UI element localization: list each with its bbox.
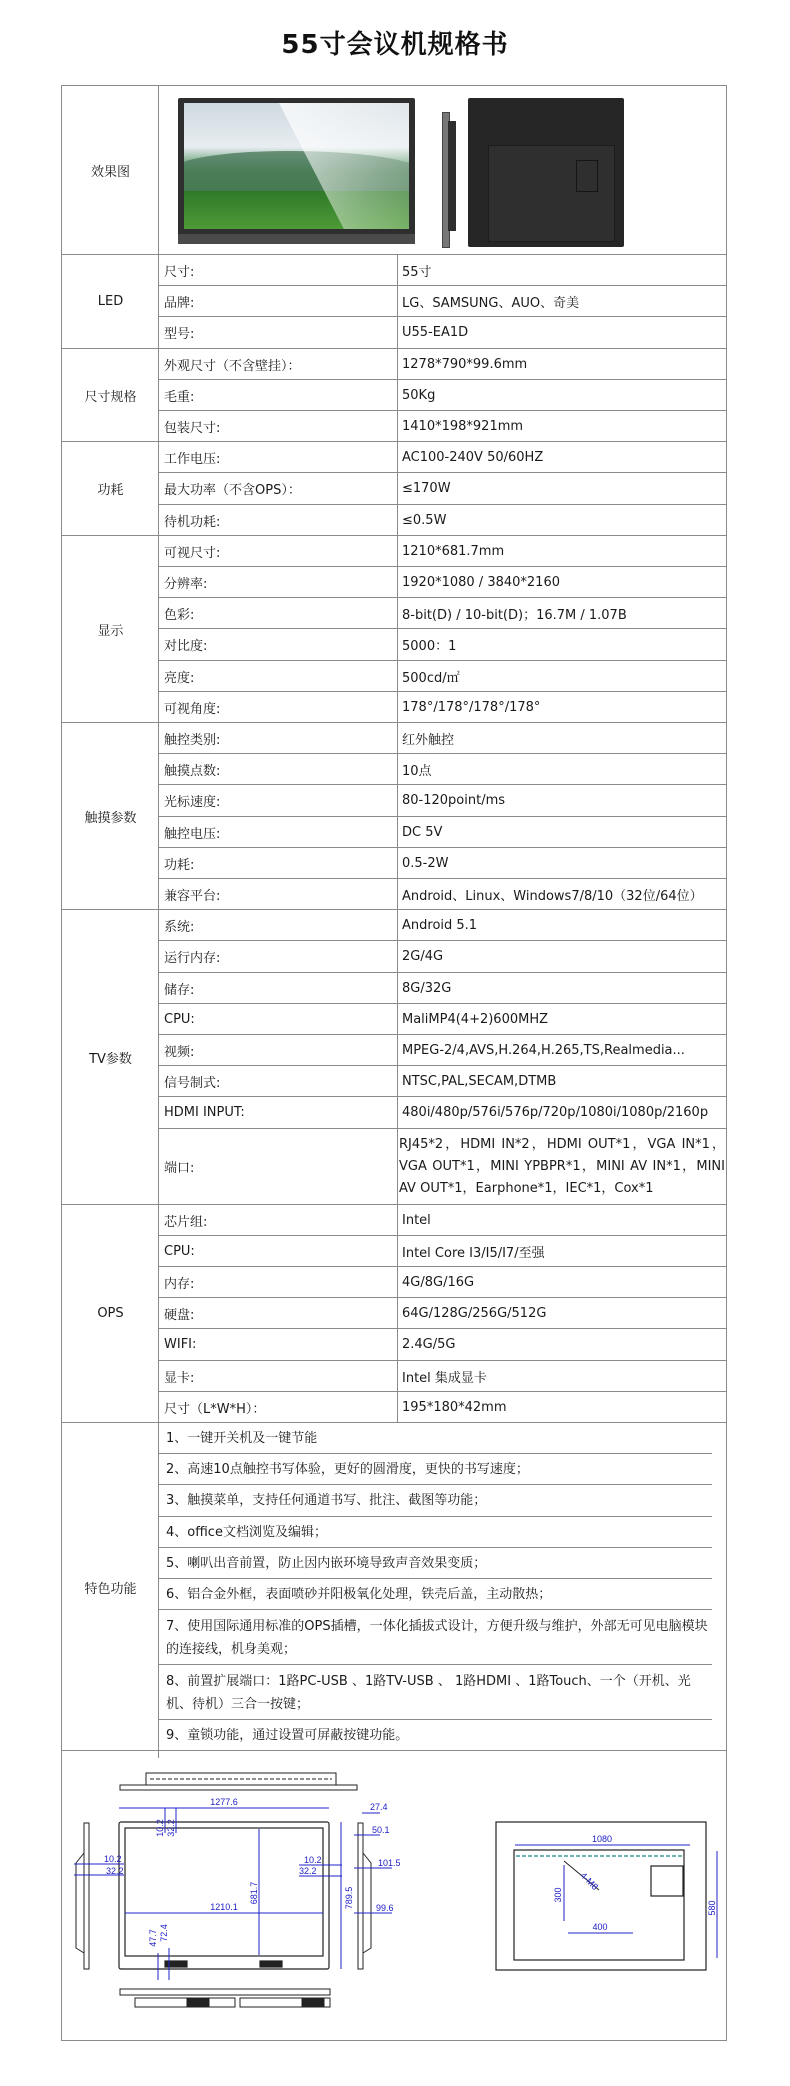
svg-text:32.2: 32.2 — [299, 1866, 317, 1876]
spec-key: WIFI: — [162, 1329, 398, 1360]
spec-value: 8-bit(D) / 10-bit(D)；16.7M / 1.07B — [400, 598, 728, 629]
spec-key: 运行内存: — [162, 941, 398, 972]
spec-value: 55寸 — [400, 255, 728, 286]
feature-item: 5、喇叭出音前置，防止因内嵌环境导致声音效果变质； — [166, 1548, 712, 1579]
svg-text:789.5: 789.5 — [344, 1887, 354, 1910]
spec-key: 尺寸: — [162, 255, 398, 286]
spec-key: 端口: — [162, 1129, 398, 1205]
svg-text:400: 400 — [592, 1922, 607, 1932]
spec-value: 500cd/㎡ — [400, 661, 728, 692]
group-divider — [62, 1750, 726, 1751]
back-view-image — [468, 98, 624, 247]
svg-text:47.7: 47.7 — [148, 1929, 158, 1947]
spec-value: NTSC,PAL,SECAM,DTMB — [400, 1066, 728, 1097]
spec-value: ≤170W — [400, 473, 728, 504]
spec-value: 5000：1 — [400, 629, 728, 660]
spec-key: 最大功率（不含OPS）： — [162, 473, 398, 504]
spec-key: 待机功耗: — [162, 505, 398, 536]
spec-key: 包装尺寸: — [162, 411, 398, 442]
spec-value: LG、SAMSUNG、AUO、奇美 — [400, 286, 728, 317]
svg-text:1080: 1080 — [592, 1834, 612, 1844]
group-label: 功耗 — [62, 442, 159, 536]
spec-key: 毛重: — [162, 380, 398, 411]
spec-value: 1278*790*99.6mm — [400, 349, 728, 380]
svg-text:27.4: 27.4 — [370, 1802, 388, 1812]
product-images — [159, 86, 726, 255]
spec-key: 系统: — [162, 910, 398, 941]
spec-value: U55-EA1D — [400, 317, 728, 348]
spec-key: 品牌: — [162, 286, 398, 317]
spec-key: 兼容平台: — [162, 879, 398, 910]
svg-text:10.2: 10.2 — [104, 1854, 122, 1864]
group-label: OPS — [62, 1205, 159, 1423]
spec-key: 外观尺寸（不含壁挂）： — [162, 349, 398, 380]
spec-key: 工作电压: — [162, 442, 398, 473]
spec-value: 2.4G/5G — [400, 1329, 728, 1360]
group-label: LED — [62, 255, 159, 349]
spec-value: 480i/480p/576i/576p/720p/1080i/1080p/216… — [400, 1097, 728, 1128]
svg-text:1210.1: 1210.1 — [210, 1902, 238, 1912]
spec-value: DC 5V — [400, 817, 728, 848]
spec-value: 10点 — [400, 754, 728, 785]
spec-key: 内存: — [162, 1267, 398, 1298]
spec-value: 1410*198*921mm — [400, 411, 728, 442]
spec-value: 1210*681.7mm — [400, 536, 728, 567]
feature-item: 1、一键开关机及一键节能 — [166, 1423, 712, 1454]
spec-value: Intel — [400, 1205, 728, 1236]
svg-text:580: 580 — [707, 1900, 717, 1915]
spec-key: 储存: — [162, 973, 398, 1004]
svg-text:1277.6: 1277.6 — [210, 1797, 238, 1807]
front-view-image — [178, 98, 415, 244]
spec-value: 80-120point/ms — [400, 785, 728, 816]
spec-value: MPEG-2/4,AVS,H.264,H.265,TS,Realmedia... — [400, 1035, 728, 1066]
group-label-effect: 效果图 — [62, 86, 159, 255]
svg-text:72.4: 72.4 — [159, 1924, 169, 1942]
spec-key: 硬盘: — [162, 1298, 398, 1329]
spec-value: Intel Core I3/I5/I7/至强 — [400, 1236, 728, 1267]
svg-text:50.1: 50.1 — [372, 1825, 390, 1835]
feature-item: 7、使用国际通用标准的OPS插槽，一体化插拔式设计，方便升级与维护，外部无可见电… — [166, 1610, 712, 1665]
spec-key: 光标速度: — [162, 785, 398, 816]
spec-key: 触摸点数: — [162, 754, 398, 785]
spec-value: Intel 集成显卡 — [400, 1361, 728, 1392]
top-view-outline — [120, 1773, 357, 1790]
spec-value: Android、Linux、Windows7/8/10（32位/64位） — [400, 879, 728, 910]
spec-value: 8G/32G — [400, 973, 728, 1004]
svg-text:10.2: 10.2 — [155, 1819, 165, 1837]
feature-item: 4、office文档浏览及编辑； — [166, 1517, 712, 1548]
spec-key: 亮度: — [162, 661, 398, 692]
group-label: 触摸参数 — [62, 723, 159, 910]
feature-item: 2、高速10点触控书写体验，更好的圆滑度，更快的书写速度； — [166, 1454, 712, 1485]
feature-item: 3、触摸菜单，支持任何通道书写、批注、截图等功能； — [166, 1485, 712, 1516]
svg-text:101.5: 101.5 — [378, 1858, 401, 1868]
spec-key: 分辨率: — [162, 567, 398, 598]
spec-value: AC100-240V 50/60HZ — [400, 442, 728, 473]
svg-text:32.2: 32.2 — [166, 1819, 176, 1837]
spec-value: 64G/128G/256G/512G — [400, 1298, 728, 1329]
spec-value: 0.5-2W — [400, 848, 728, 879]
spec-value: 195*180*42mm — [400, 1392, 728, 1423]
feature-item: 8、前置扩展端口：1路PC-USB 、1路TV-USB 、 1路HDMI 、1路… — [166, 1665, 712, 1720]
spec-value: 1920*1080 / 3840*2160 — [400, 567, 728, 598]
group-label: 显示 — [62, 536, 159, 723]
spec-key: 信号制式: — [162, 1066, 398, 1097]
svg-text:681.7: 681.7 — [249, 1882, 259, 1905]
group-label: TV参数 — [62, 910, 159, 1204]
group-label: 尺寸规格 — [62, 349, 159, 443]
spec-value: MaliMP4(4+2)600MHZ — [400, 1004, 728, 1035]
spec-key: 触控电压: — [162, 817, 398, 848]
svg-text:99.6: 99.6 — [376, 1903, 394, 1913]
feature-item: 9、童锁功能，通过设置可屏蔽按键功能。 — [166, 1720, 712, 1751]
spec-value: 4G/8G/16G — [400, 1267, 728, 1298]
spec-key: 型号: — [162, 317, 398, 348]
spec-value: RJ45*2，HDMI IN*2，HDMI OUT*1，VGA IN*1，VGA… — [399, 1129, 725, 1205]
spec-value: 178°/178°/178°/178° — [400, 692, 728, 723]
column-divider — [397, 255, 398, 1423]
spec-value: 红外触控 — [400, 723, 728, 754]
spec-key: CPU: — [162, 1236, 398, 1267]
group-label-features: 特色功能 — [62, 1423, 159, 1751]
spec-value: 50Kg — [400, 380, 728, 411]
spec-key: 色彩: — [162, 598, 398, 629]
spec-key: 芯片组: — [162, 1205, 398, 1236]
spec-value: ≤0.5W — [400, 505, 728, 536]
feature-item: 6、铝合金外框，表面喷砂并阳极氧化处理，铁壳后盖，主动散热； — [166, 1579, 712, 1610]
spec-key: 功耗: — [162, 848, 398, 879]
spec-key: 对比度: — [162, 629, 398, 660]
spec-value: Android 5.1 — [400, 910, 728, 941]
spec-key: 可视尺寸: — [162, 536, 398, 567]
spec-key: 触控类别: — [162, 723, 398, 754]
spec-key: 可视角度: — [162, 692, 398, 723]
spec-key: CPU: — [162, 1004, 398, 1035]
svg-text:300: 300 — [553, 1887, 563, 1902]
dimension-drawing: 1277.6 1210.1 681.7 789.5 10.2 32.2 10.2… — [62, 1758, 725, 2040]
spec-table: 效果图 尺寸:55寸品牌:LG、SAMSUNG、AUO、奇美型号:U55-EA1… — [61, 85, 727, 2041]
svg-text:10.2: 10.2 — [304, 1855, 322, 1865]
spec-key: HDMI INPUT: — [162, 1097, 398, 1128]
spec-value: 2G/4G — [400, 941, 728, 972]
spec-key: 尺寸（L*W*H）： — [162, 1392, 398, 1423]
spec-key: 显卡: — [162, 1361, 398, 1392]
page-title: 55寸会议机规格书 — [0, 24, 790, 61]
svg-text:32.2: 32.2 — [106, 1866, 124, 1876]
spec-key: 视频: — [162, 1035, 398, 1066]
side-view-image — [442, 112, 450, 248]
